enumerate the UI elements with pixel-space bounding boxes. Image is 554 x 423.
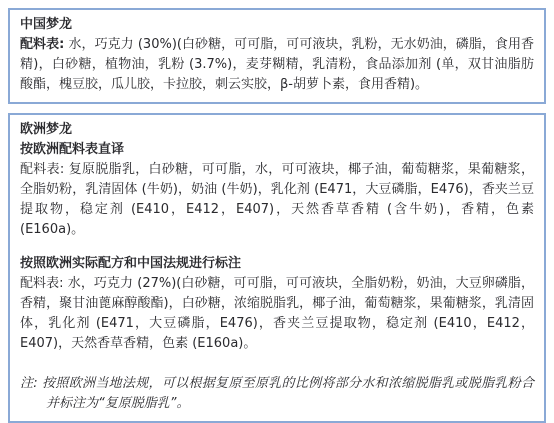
china-ingredient-label: 配料表: [20, 37, 64, 52]
footnote-text: 按照欧洲当地法规，可以根据复原至原乳的比例将部分水和浓缩脱脂乳或脱脂乳粉合并标注… [42, 376, 534, 411]
china-magnum-title: 中国梦龙 [20, 15, 534, 35]
europe-magnum-title: 欧洲梦龙 [20, 120, 534, 140]
footnote: 注: 按照欧洲当地法规，可以根据复原至原乳的比例将部分水和浓缩脱脂乳或脱脂乳粉合… [20, 374, 534, 414]
europe-china-rule-list: 水，巧克力 (27%)(白砂糖，可可脂，可可液块，全脂奶粉，奶油，大豆卵磷脂，香… [20, 276, 534, 351]
europe-literal-list: 复原脱脂乳，白砂糖，可可脂，水，可可液块，椰子油，葡萄糖浆，果葡糖浆，全脂奶粉，… [20, 162, 534, 237]
europe-magnum-panel: 欧洲梦龙 按欧洲配料表直译 配料表: 复原脱脂乳，白砂糖，可可脂，水，可可液块，… [8, 113, 546, 423]
europe-literal-label: 配料表: [20, 162, 64, 177]
europe-china-rule-heading: 按照欧洲实际配方和中国法规进行标注 [20, 254, 534, 274]
ingredient-comparison-page: 中国梦龙 配料表: 水，巧克力 (30%)(白砂糖，可可脂，可可液块，乳粉，无水… [0, 0, 554, 398]
china-ingredient-list: 水，巧克力 (30%)(白砂糖，可可脂，可可液块，乳粉，无水奶油，磷脂，食用香精… [20, 37, 534, 92]
china-ingredient-paragraph: 配料表: 水，巧克力 (30%)(白砂糖，可可脂，可可液块，乳粉，无水奶油，磷脂… [20, 35, 534, 95]
europe-literal-heading: 按欧洲配料表直译 [20, 140, 534, 160]
footnote-label: 注: [20, 376, 38, 391]
europe-china-rule-label: 配料表: [20, 276, 64, 291]
china-magnum-panel: 中国梦龙 配料表: 水，巧克力 (30%)(白砂糖，可可脂，可可液块，乳粉，无水… [8, 8, 546, 104]
europe-china-rule-paragraph: 配料表: 水，巧克力 (27%)(白砂糖，可可脂，可可液块，全脂奶粉，奶油，大豆… [20, 274, 534, 354]
europe-literal-paragraph: 配料表: 复原脱脂乳，白砂糖，可可脂，水，可可液块，椰子油，葡萄糖浆，果葡糖浆，… [20, 160, 534, 240]
